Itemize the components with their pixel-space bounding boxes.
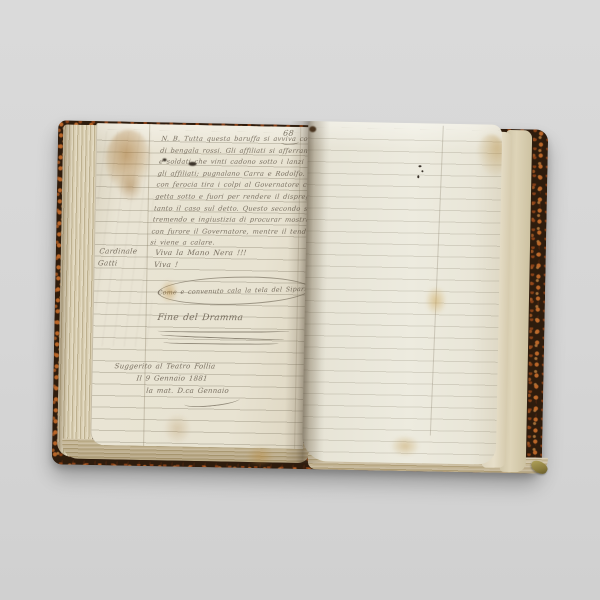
manuscript-book: 68 N. B. Tutta questa baruffa si avviva … bbox=[52, 108, 551, 483]
handwriting-line: di bengala rossi. Gli affiliati si affer… bbox=[160, 145, 310, 157]
ink-blot bbox=[163, 158, 167, 161]
handwriting-line: e soldati che vinti cadono sotto i lanzi… bbox=[158, 157, 309, 169]
footer-note-line: Il 9 Gennaio 1881 bbox=[136, 373, 209, 385]
handwriting-line: N. B. Tutta questa baruffa si avviva con… bbox=[161, 134, 309, 146]
margin-note-line: Cardinale bbox=[99, 245, 138, 257]
handwriting-line: con ferocia tira i colpi al Governatore … bbox=[156, 180, 309, 192]
margin-note: Cardinale Gatti bbox=[97, 245, 137, 268]
ink-speck bbox=[417, 175, 419, 178]
exclamation-lines: Viva la Mano Nera !!! Viva ! bbox=[153, 247, 247, 270]
handwritten-paragraph: N. B. Tutta questa baruffa si avviva con… bbox=[150, 134, 310, 250]
handwriting-line: getta sotto e fuori per rendere il dispr… bbox=[155, 191, 309, 203]
ink-speck bbox=[418, 165, 421, 167]
ink-stain bbox=[475, 134, 502, 179]
ink-blot bbox=[188, 162, 196, 166]
gutter-ink-spot bbox=[309, 126, 316, 132]
footer-note-line: Suggerito al Teatro Follia bbox=[114, 361, 216, 373]
flourish-underline bbox=[157, 328, 289, 332]
margin-note-line: Gatti bbox=[97, 257, 136, 269]
handwriting-line: Viva la Mano Nera !!! bbox=[155, 247, 248, 259]
ruled-lines bbox=[302, 127, 502, 465]
handwriting-line: con furore il Governatore, mentre il ten… bbox=[151, 226, 305, 238]
ink-speck bbox=[421, 170, 423, 172]
handwriting-line: gli affiliati; pugnalano Carra e Rodolfo… bbox=[157, 168, 309, 180]
handwriting-line: Viva ! bbox=[153, 259, 246, 271]
right-page-blank bbox=[302, 121, 502, 465]
handwriting-line: tanto il caso sul detto. Questo secondo … bbox=[153, 203, 307, 215]
fine-del-dramma-line: Fine del Dramma bbox=[157, 313, 244, 323]
handwriting-line: tremendo e ingiustizia di procurar mostr… bbox=[152, 215, 306, 227]
